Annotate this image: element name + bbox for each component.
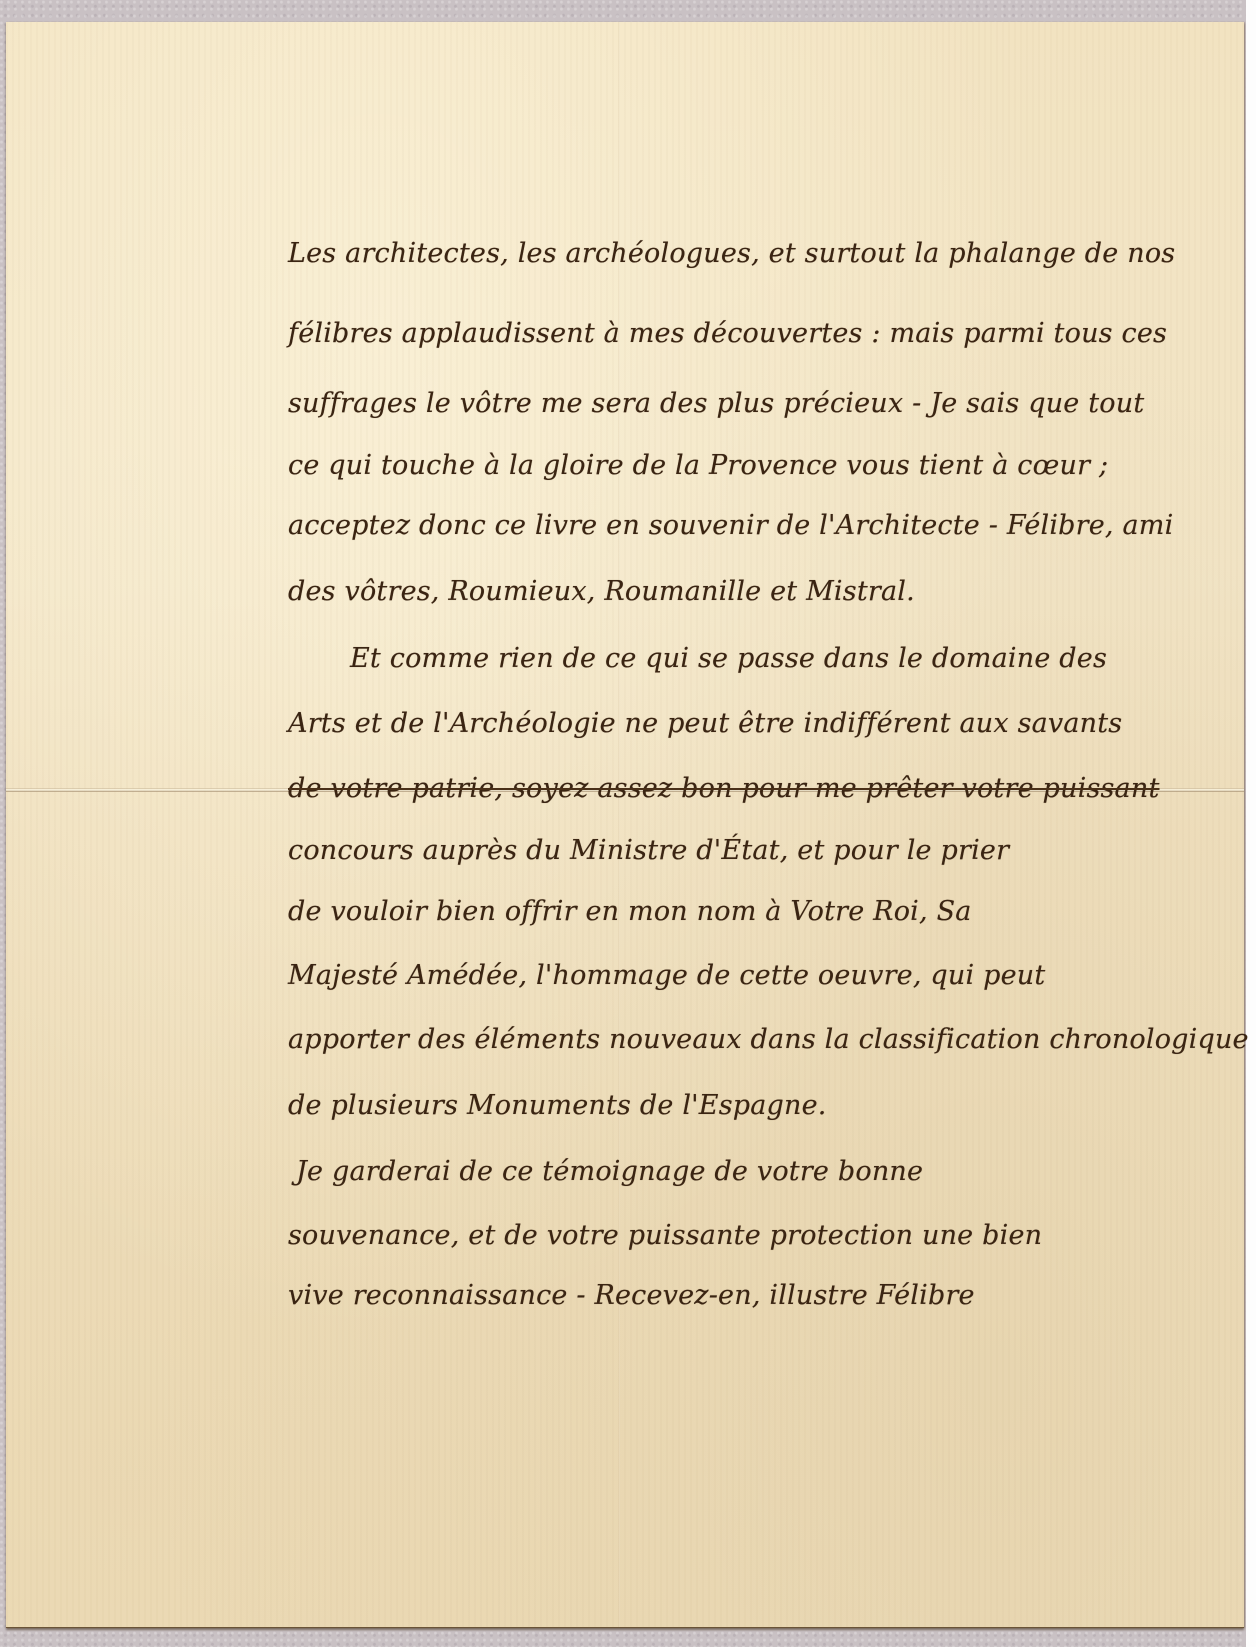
letter-line: Et comme rien de ce qui se passe dans le… (350, 645, 1107, 672)
letter-line: acceptez donc ce livre en souvenir de l'… (288, 512, 1173, 539)
letter-line: concours auprès du Ministre d'État, et p… (288, 837, 1009, 864)
letter-line: ce qui touche à la gloire de la Provence… (288, 452, 1108, 479)
scan-margin (1246, 0, 1256, 1647)
letter-line: félibres applaudissent à mes découvertes… (288, 320, 1167, 347)
letter-line: Je garderai de ce témoignage de votre bo… (296, 1158, 923, 1185)
letter-line: apporter des éléments nouveaux dans la c… (288, 1026, 1249, 1053)
letter-line: de plusieurs Monuments de l'Espagne. (288, 1092, 827, 1119)
letter-line: vive reconnaissance - Recevez-en, illust… (288, 1282, 975, 1309)
letter-line: de votre patrie, soyez assez bon pour me… (288, 775, 1160, 802)
letter-line: souvenance, et de votre puissante protec… (288, 1222, 1042, 1249)
letter-line: Majesté Amédée, l'hommage de cette oeuvr… (288, 962, 1045, 989)
letter-line: suffrages le vôtre me sera des plus préc… (288, 390, 1144, 417)
letter-line: Les architectes, les archéologues, et su… (288, 240, 1175, 267)
letter-line: des vôtres, Roumieux, Roumanille et Mist… (288, 578, 915, 605)
letter-line: de vouloir bien offrir en mon nom à Votr… (288, 898, 972, 925)
letter-line: Arts et de l'Archéologie ne peut être in… (288, 710, 1122, 737)
